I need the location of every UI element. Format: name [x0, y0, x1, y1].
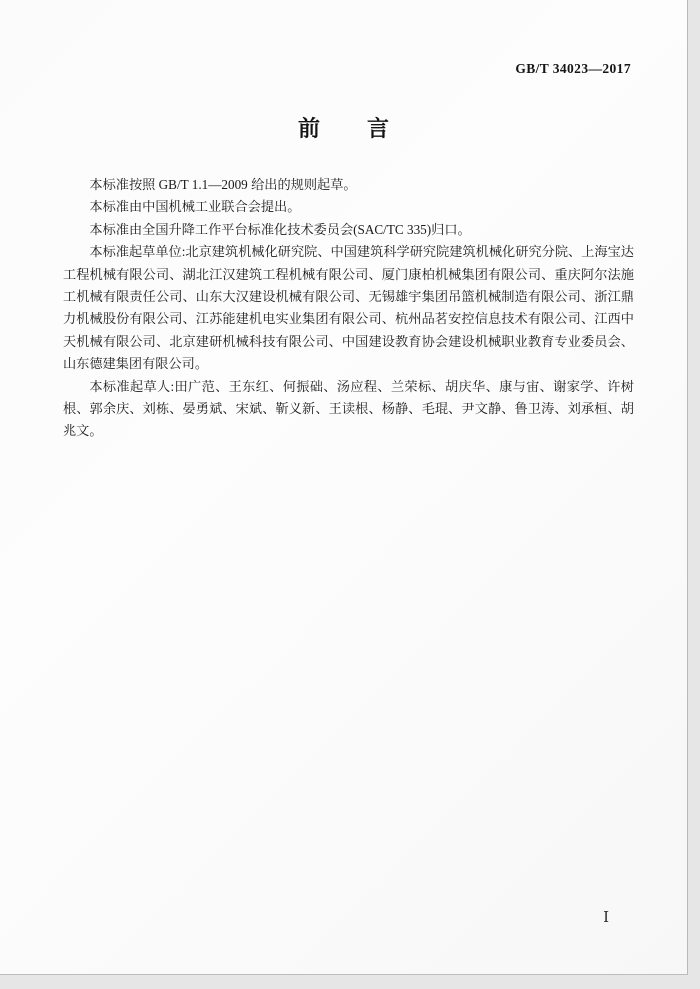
page-title: 前 言 — [0, 112, 688, 143]
foreword-paragraph-proposed-by: 本标准由中国机械工业联合会提出。 — [63, 196, 634, 218]
scan-margin-bottom — [0, 975, 700, 989]
foreword-paragraph-drafters: 本标准起草人:田广范、王东红、何振础、汤应程、兰荣标、胡庆华、康与宙、谢家学、许… — [63, 376, 634, 443]
foreword-paragraph-drafting-organizations: 本标准起草单位:北京建筑机械化研究院、中国建筑科学研究院建筑机械化研究分院、上海… — [63, 241, 634, 375]
page-number: Ⅰ — [603, 908, 609, 927]
document-page: GB/T 34023—2017 前 言 本标准按照 GB/T 1.1—2009 … — [0, 0, 688, 975]
foreword-paragraph-committee: 本标准由全国升降工作平台标准化技术委员会(SAC/TC 335)归口。 — [63, 219, 634, 241]
standard-code-header: GB/T 34023—2017 — [515, 61, 631, 77]
foreword-paragraph-drafting-rules: 本标准按照 GB/T 1.1—2009 给出的规则起草。 — [63, 174, 634, 196]
scanned-document-view: GB/T 34023—2017 前 言 本标准按照 GB/T 1.1—2009 … — [0, 0, 700, 989]
scan-margin-right — [688, 0, 700, 989]
foreword-body: 本标准按照 GB/T 1.1—2009 给出的规则起草。 本标准由中国机械工业联… — [63, 174, 634, 443]
